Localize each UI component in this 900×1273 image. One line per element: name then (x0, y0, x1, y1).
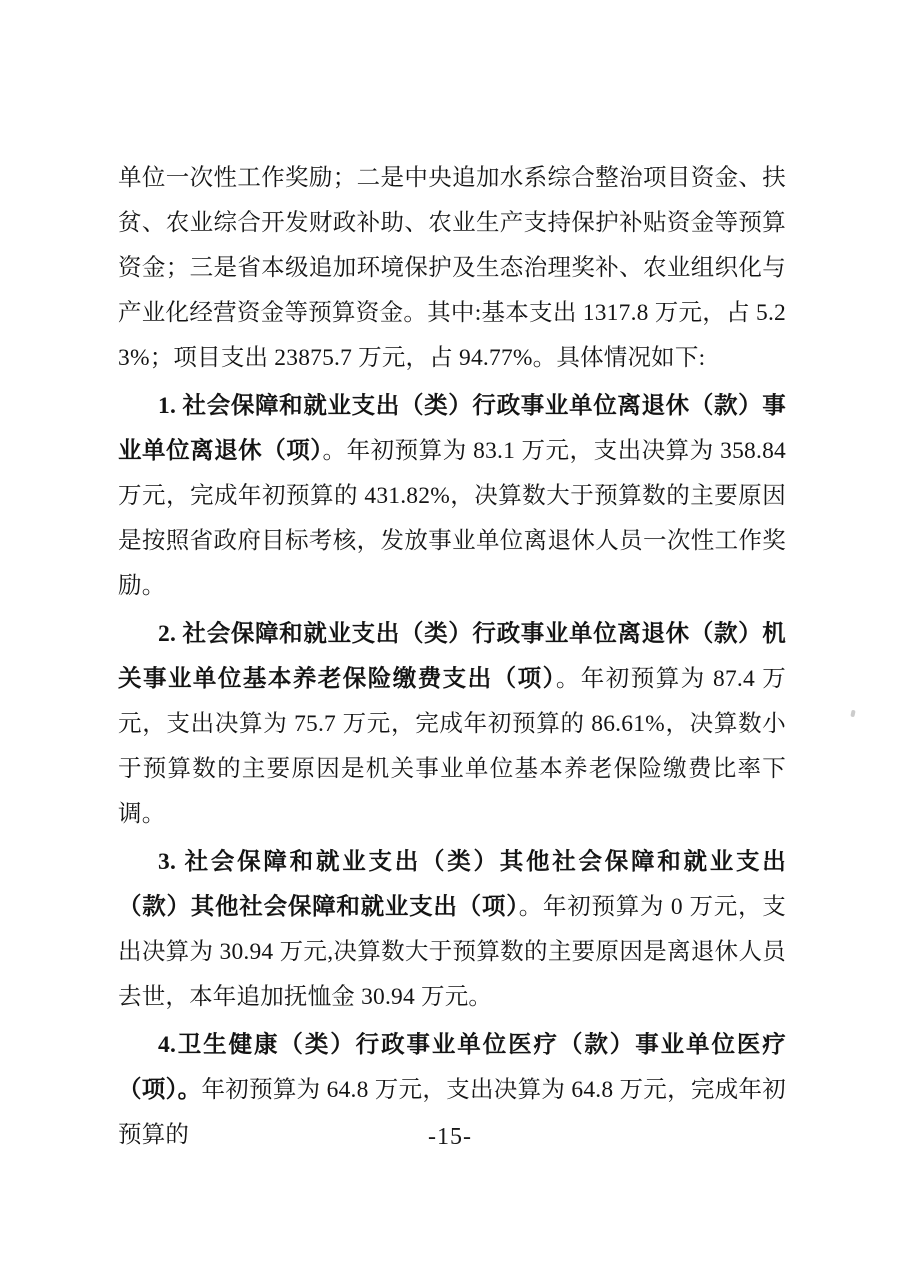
paragraph-intro: 单位一次性工作奖励；二是中央追加水系综合整治项目资金、扶贫、农业综合开发财政补助… (118, 156, 786, 381)
scan-artifact-speck (850, 710, 855, 718)
paragraph-item-3: 3. 社会保障和就业支出（类）其他社会保障和就业支出（款）其他社会保障和就业支出… (118, 840, 786, 1020)
page-number: -15- (0, 1122, 900, 1152)
document-page: 单位一次性工作奖励；二是中央追加水系综合整治项目资金、扶贫、农业综合开发财政补助… (0, 0, 900, 1273)
paragraph-item-2: 2. 社会保障和就业支出（类）行政事业单位离退休（款）机关事业单位基本养老保险缴… (118, 612, 786, 837)
paragraph-item-1: 1. 社会保障和就业支出（类）行政事业单位离退休（款）事业单位离退休（项）。年初… (118, 384, 786, 609)
document-body: 单位一次性工作奖励；二是中央追加水系综合整治项目资金、扶贫、农业综合开发财政补助… (118, 156, 786, 1158)
